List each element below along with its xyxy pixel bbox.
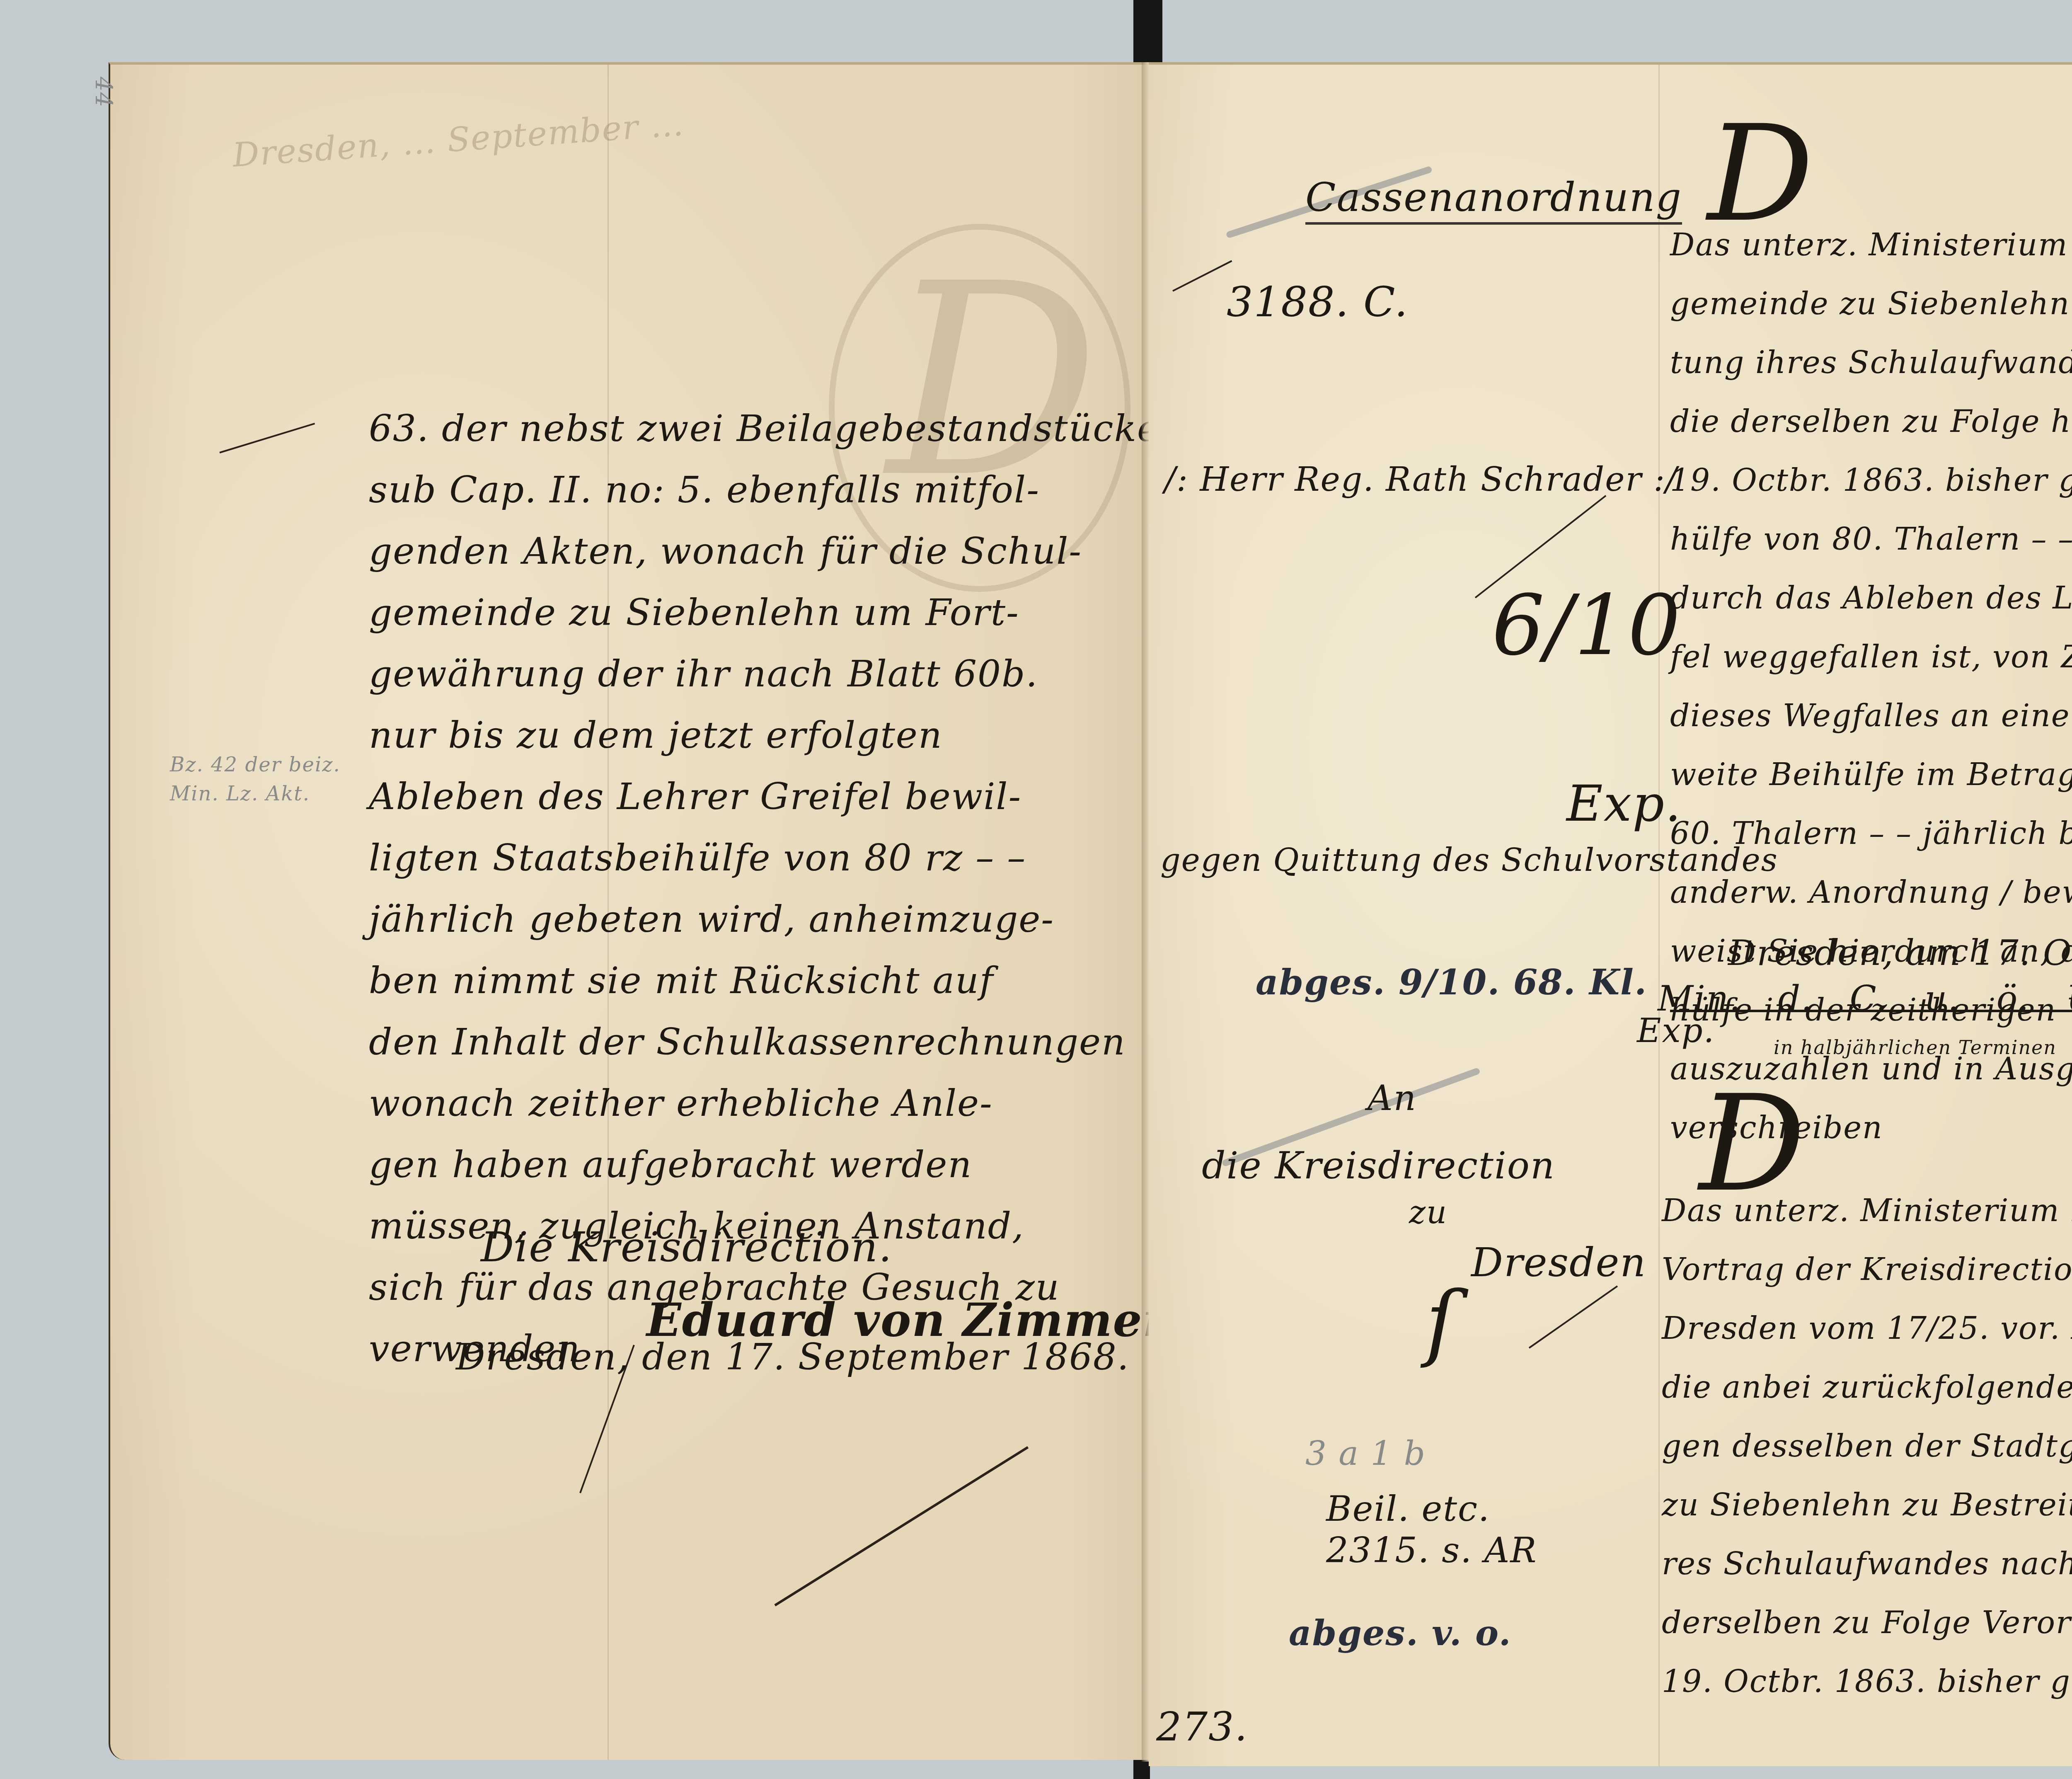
margin-note-line-2: Min. Lz. Akt.	[170, 779, 341, 808]
body-line: Vortrag der Kreisdirection zu	[1662, 1240, 2072, 1299]
body-line: wonach zeither erhebliche Anle-	[369, 1073, 1184, 1134]
paper-fold-line	[1658, 65, 1660, 1766]
fraction-mark: 6/10	[1492, 584, 1681, 667]
heading-cassenanordnung: Cassenanordnung	[1305, 174, 1682, 221]
body-line: ligten Staatsbeihülfe von 80 rz – –	[369, 827, 1184, 889]
body-line: 63. der nebst zwei Beilagebestandstücken	[369, 398, 1184, 459]
body-line: res Schulaufwandes nachdem die	[1662, 1534, 2072, 1593]
section-2-marginal-mark: Exp.	[1637, 1011, 1715, 1050]
body-line: Dresden vom 17/25. vor. Mts. und	[1662, 1299, 2072, 1358]
body-line: gewährung der ihr nach Blatt 60b.	[369, 643, 1184, 705]
body-line: die anbei zurückfolgenden Beilagen	[1662, 1358, 2072, 1417]
body-line: Das unterz. Ministerium hat der Stadt-	[1670, 216, 2072, 274]
heading-text: Cassenanordnung	[1305, 174, 1682, 225]
register-note-line-2: 2315. s. AR	[1326, 1529, 1537, 1571]
body-line: sub Cap. II. no: 5. ebenfalls mitfol-	[369, 459, 1184, 521]
body-line: ben nimmt sie mit Rücksicht auf	[369, 950, 1184, 1011]
body-line: nur bis zu dem jetzt erfolgten	[369, 705, 1184, 766]
body-line: Ableben des Lehrer Greifel bewil-	[369, 766, 1184, 827]
body-line: jährlich gebeten wird, anheimzuge-	[369, 889, 1184, 950]
body-line: weite Beihülfe im Betrage von	[1670, 745, 2072, 804]
body-line: gemeinde zu Siebenlehn zu Bestrei-	[1670, 274, 2072, 333]
body-line: genden Akten, wonach für die Schul-	[369, 521, 1184, 582]
dispatch-note-2: abges. v. o.	[1289, 1612, 1512, 1653]
pencil-number: 3 a 1 b	[1305, 1434, 1426, 1473]
section-2-body: Das unterz. Ministerium hat auf den Vort…	[1662, 1181, 2072, 1711]
body-line: fel weggefallen ist, von Zeit	[1670, 628, 2072, 686]
address-zu: zu	[1409, 1194, 1447, 1231]
bottom-sheet-number: 273.	[1156, 1704, 1248, 1750]
address-dresden: Dresden	[1471, 1239, 1646, 1286]
body-line: gen haben aufgebracht werden	[369, 1134, 1184, 1195]
body-line: anderw. Anordnung / bewilligt und	[1670, 863, 2072, 922]
margin-note-pencil: Bz. 42 der beiz. Min. Lz. Akt.	[170, 750, 341, 808]
left-corner-mark: 44	[90, 77, 117, 108]
body-line: tung ihres Schulaufwandes, nachdem	[1670, 333, 2072, 392]
register-note: Beil. etc. 2315. s. AR	[1326, 1488, 1537, 1571]
register-note-line-1: Beil. etc.	[1326, 1488, 1537, 1529]
body-line: Das unterz. Ministerium hat auf den	[1662, 1181, 2072, 1240]
body-line: den Inhalt der Schulkassenrechnungen	[369, 1011, 1184, 1073]
paragraph-mark: ſ	[1426, 1281, 1457, 1364]
body-line: 19. Octbr. 1863. bisher gewährte ff.	[1662, 1652, 2072, 1711]
body-line: gen desselben der Stadtgemeinde	[1662, 1417, 2072, 1476]
body-line: gemeinde zu Siebenlehn um Fort-	[369, 582, 1184, 643]
body-line: 60. Thalern – – jährlich bis auf	[1670, 804, 2072, 863]
signatory-title: Die Kreisdirection.	[481, 1223, 893, 1271]
addressee-note: /: Herr Reg. Rath Schrader :/	[1164, 460, 1677, 499]
body-line: die derselben zu Folge hoh. Anordn. vom	[1670, 392, 2072, 451]
reference-number: 3188. C.	[1227, 278, 1409, 326]
marginal-exp-mark: Exp.	[1566, 775, 1682, 833]
interlinear-insertion: in halbjährlichen Terminen	[1774, 1036, 2057, 1059]
body-line: hülfe von 80. Thalern – – jährlich	[1670, 510, 2072, 569]
body-line: derselben zu Folge Verordnung vom	[1662, 1593, 2072, 1652]
address-kreisdirection: die Kreisdirection	[1202, 1144, 1555, 1188]
section-1-date: Dresden, am 17. Octbr. 68.	[1728, 933, 2072, 973]
book-binding-bottom	[1133, 1760, 1150, 1779]
body-line: zu Siebenlehn zu Bestreitung ih-	[1662, 1476, 2072, 1534]
address-an: An	[1368, 1078, 1417, 1118]
dispatch-note: abges. 9/10. 68. Kl.	[1256, 962, 1647, 1003]
body-line: dieses Wegfalles an eine anderwei-	[1670, 686, 2072, 745]
book-binding-top	[1133, 0, 1162, 62]
body-line: 19. Octbr. 1863. bisher gewährte / Bei-	[1670, 451, 2072, 510]
margin-note-line-1: Bz. 42 der beiz.	[170, 750, 341, 779]
section-1-initials: Min. d. C. u. ö. U.	[1658, 978, 2072, 1019]
body-line: durch das Ableben des Lehrers Greif-	[1670, 569, 2072, 628]
